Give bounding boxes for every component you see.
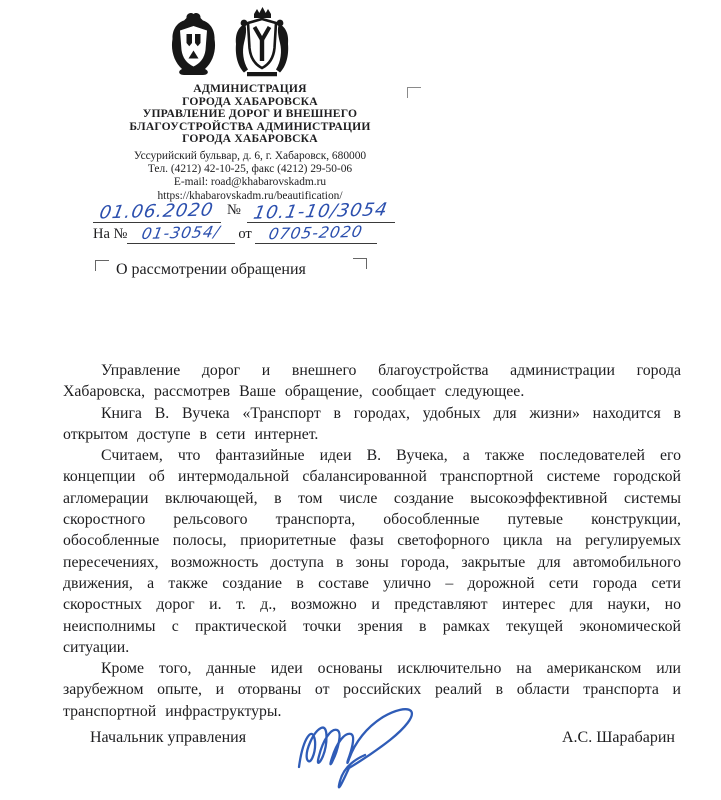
khabarovsk-krai-emblem-icon — [170, 12, 217, 78]
org-line: АДМИНИСТРАЦИЯ — [40, 83, 460, 96]
number-sign: № — [221, 202, 247, 218]
outgoing-reference-line: 01.06.2020№10.1-10/3054 — [93, 201, 395, 223]
handwritten-signature-icon — [293, 701, 451, 800]
reply-reference-line: На №01-3054/от0705-2020 — [93, 224, 377, 244]
subject-line: О рассмотрении обращения — [116, 261, 306, 279]
paragraph-opinion: Считаем, что фантазийные идеи В. Вучека,… — [63, 445, 681, 658]
outgoing-date-handwritten: 01.06.2020 — [98, 200, 216, 224]
reply-number-handwritten: 01-3054/ — [140, 223, 222, 243]
scanned-letter-page: АДМИНИСТРАЦИЯ ГОРОДА ХАБАРОВСКА УПРАВЛЕН… — [0, 0, 721, 800]
signer-name: А.С. Шарабарин — [562, 729, 675, 747]
letterhead-emblems — [170, 6, 291, 78]
reply-date-field: 0705-2020 — [255, 224, 377, 244]
reply-date-handwritten: 0705-2020 — [267, 223, 364, 243]
reply-number-field: 01-3054/ — [127, 224, 235, 244]
organization-name-block: АДМИНИСТРАЦИЯ ГОРОДА ХАБАРОВСКА УПРАВЛЕН… — [40, 83, 460, 146]
subject-right-corner-mark — [353, 258, 367, 269]
org-line: УПРАВЛЕНИЕ ДОРОГ И ВНЕШНЕГО — [40, 108, 460, 121]
postal-address: Уссурийский бульвар, д. 6, г. Хабаровск,… — [40, 150, 460, 163]
outgoing-number-field: 10.1-10/3054 — [247, 201, 395, 223]
outgoing-number-handwritten: 10.1-10/3054 — [252, 199, 390, 223]
paragraph-intro: Управление дорог и внешнего благоустройс… — [63, 360, 681, 403]
org-line: ГОРОДА ХАБАРОВСКА — [40, 133, 460, 146]
khabarovsk-city-emblem-icon — [233, 6, 291, 78]
signer-position-title: Начальник управления — [90, 729, 246, 747]
letter-body: Управление дорог и внешнего благоустройс… — [63, 360, 681, 722]
subject-left-corner-mark — [95, 260, 109, 271]
phone-fax: Тел. (4212) 42-10-25, факс (4212) 29-50-… — [40, 163, 460, 176]
outgoing-date-field: 01.06.2020 — [93, 201, 221, 223]
reply-from-label: от — [235, 226, 254, 242]
reply-prefix-label: На № — [93, 226, 127, 242]
contact-block: Уссурийский бульвар, д. 6, г. Хабаровск,… — [40, 150, 460, 203]
email: E-mail: road@khabarovskadm.ru — [40, 176, 460, 189]
paragraph-book: Книга В. Вучека «Транспорт в городах, уд… — [63, 403, 681, 446]
